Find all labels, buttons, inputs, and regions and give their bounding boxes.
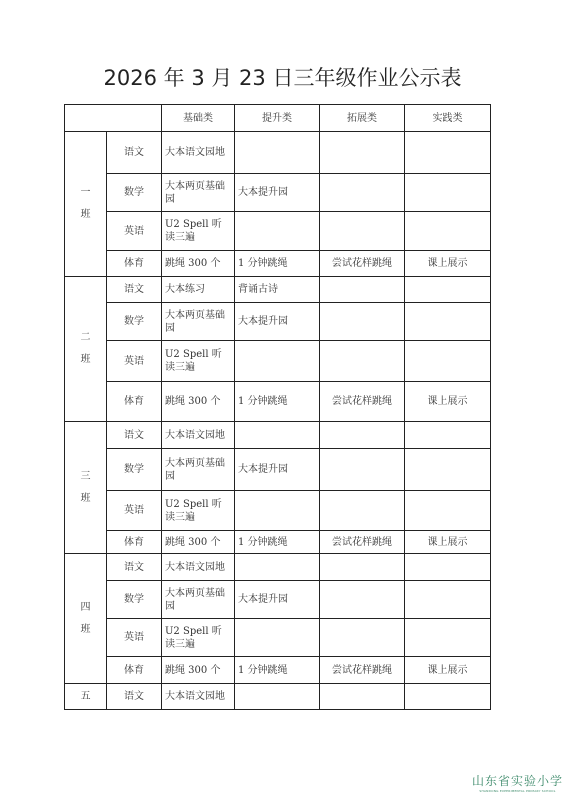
basic-cell: U2 Spell 听读三遍: [162, 212, 235, 251]
page-title: 2026 年 3 月 23 日三年级作业公示表: [0, 62, 565, 92]
table-row: 英语U2 Spell 听读三遍: [65, 341, 491, 382]
table-row: 数学大本两页基础园大本提升园: [65, 174, 491, 212]
advanced-cell: [235, 491, 320, 531]
table-row: 数学大本两页基础园大本提升园: [65, 449, 491, 491]
subject-cell: 数学: [107, 174, 162, 212]
advanced-cell: [235, 554, 320, 581]
basic-cell: U2 Spell 听读三遍: [162, 491, 235, 531]
basic-cell: 跳绳 300 个: [162, 531, 235, 554]
logo-english-name: SHANDONG EXPERIMENTAL PRIMARY SCHOOL: [470, 789, 565, 793]
basic-cell: 大本语文园地: [162, 132, 235, 174]
advanced-cell: [235, 212, 320, 251]
advanced-cell: 背诵古诗: [235, 277, 320, 303]
table-row: 四 班语文大本语文园地: [65, 554, 491, 581]
basic-cell: 跳绳 300 个: [162, 382, 235, 422]
table-row: 二 班语文大本练习背诵古诗: [65, 277, 491, 303]
subject-cell: 数学: [107, 581, 162, 619]
table-row: 数学大本两页基础园大本提升园: [65, 303, 491, 341]
subject-cell: 体育: [107, 531, 162, 554]
homework-table: 基础类 提升类 拓展类 实践类 一 班语文大本语文园地数学大本两页基础园大本提升…: [64, 104, 491, 710]
header-blank: [65, 105, 162, 132]
advanced-cell: 大本提升园: [235, 303, 320, 341]
practice-cell: [405, 303, 491, 341]
header-extended: 拓展类: [320, 105, 405, 132]
extended-cell: [320, 491, 405, 531]
subject-cell: 语文: [107, 684, 162, 710]
practice-cell: [405, 619, 491, 657]
advanced-cell: 大本提升园: [235, 581, 320, 619]
subject-cell: 体育: [107, 657, 162, 684]
extended-cell: [320, 132, 405, 174]
school-logo: 山东省实验小学 SHANDONG EXPERIMENTAL PRIMARY SC…: [470, 772, 565, 793]
subject-cell: 英语: [107, 212, 162, 251]
header-practice: 实践类: [405, 105, 491, 132]
practice-cell: [405, 684, 491, 710]
advanced-cell: [235, 341, 320, 382]
advanced-cell: [235, 422, 320, 449]
advanced-cell: [235, 684, 320, 710]
practice-cell: [405, 449, 491, 491]
basic-cell: 大本语文园地: [162, 554, 235, 581]
advanced-cell: 1 分钟跳绳: [235, 251, 320, 277]
subject-cell: 数学: [107, 449, 162, 491]
table-row: 五语文大本语文园地: [65, 684, 491, 710]
advanced-cell: 大本提升园: [235, 449, 320, 491]
extended-cell: [320, 684, 405, 710]
logo-chinese-name: 山东省实验小学: [470, 772, 565, 789]
advanced-cell: [235, 132, 320, 174]
subject-cell: 语文: [107, 422, 162, 449]
practice-cell: [405, 554, 491, 581]
subject-cell: 英语: [107, 491, 162, 531]
table-row: 数学大本两页基础园大本提升园: [65, 581, 491, 619]
extended-cell: [320, 341, 405, 382]
extended-cell: [320, 554, 405, 581]
subject-cell: 语文: [107, 554, 162, 581]
basic-cell: 跳绳 300 个: [162, 251, 235, 277]
extended-cell: [320, 422, 405, 449]
basic-cell: 大本语文园地: [162, 684, 235, 710]
practice-cell: [405, 341, 491, 382]
basic-cell: 大本两页基础园: [162, 449, 235, 491]
extended-cell: [320, 303, 405, 341]
extended-cell: 尝试花样跳绳: [320, 531, 405, 554]
subject-cell: 英语: [107, 619, 162, 657]
table-row: 英语U2 Spell 听读三遍: [65, 212, 491, 251]
extended-cell: [320, 581, 405, 619]
table-row: 体育跳绳 300 个1 分钟跳绳尝试花样跳绳课上展示: [65, 531, 491, 554]
practice-cell: [405, 581, 491, 619]
basic-cell: U2 Spell 听读三遍: [162, 619, 235, 657]
practice-cell: [405, 277, 491, 303]
extended-cell: 尝试花样跳绳: [320, 382, 405, 422]
practice-cell: [405, 212, 491, 251]
table-row: 英语U2 Spell 听读三遍: [65, 491, 491, 531]
practice-cell: [405, 422, 491, 449]
subject-cell: 数学: [107, 303, 162, 341]
extended-cell: 尝试花样跳绳: [320, 657, 405, 684]
practice-cell: [405, 491, 491, 531]
practice-cell: 课上展示: [405, 531, 491, 554]
header-row: 基础类 提升类 拓展类 实践类: [65, 105, 491, 132]
advanced-cell: [235, 619, 320, 657]
extended-cell: 尝试花样跳绳: [320, 251, 405, 277]
class-label: 二 班: [65, 277, 107, 422]
subject-cell: 英语: [107, 341, 162, 382]
extended-cell: [320, 619, 405, 657]
practice-cell: 课上展示: [405, 657, 491, 684]
basic-cell: U2 Spell 听读三遍: [162, 341, 235, 382]
table-row: 体育跳绳 300 个1 分钟跳绳尝试花样跳绳课上展示: [65, 657, 491, 684]
class-label: 四 班: [65, 554, 107, 684]
subject-cell: 语文: [107, 132, 162, 174]
basic-cell: 大本两页基础园: [162, 303, 235, 341]
subject-cell: 体育: [107, 382, 162, 422]
extended-cell: [320, 449, 405, 491]
advanced-cell: 1 分钟跳绳: [235, 382, 320, 422]
subject-cell: 语文: [107, 277, 162, 303]
basic-cell: 大本练习: [162, 277, 235, 303]
extended-cell: [320, 174, 405, 212]
header-basic: 基础类: [162, 105, 235, 132]
basic-cell: 大本语文园地: [162, 422, 235, 449]
practice-cell: [405, 174, 491, 212]
class-label: 一 班: [65, 132, 107, 277]
class-label: 三 班: [65, 422, 107, 554]
advanced-cell: 大本提升园: [235, 174, 320, 212]
table-row: 一 班语文大本语文园地: [65, 132, 491, 174]
table-row: 英语U2 Spell 听读三遍: [65, 619, 491, 657]
advanced-cell: 1 分钟跳绳: [235, 531, 320, 554]
table-row: 体育跳绳 300 个1 分钟跳绳尝试花样跳绳课上展示: [65, 251, 491, 277]
table-row: 体育跳绳 300 个1 分钟跳绳尝试花样跳绳课上展示: [65, 382, 491, 422]
practice-cell: 课上展示: [405, 382, 491, 422]
basic-cell: 大本两页基础园: [162, 581, 235, 619]
class-label: 五: [65, 684, 107, 710]
extended-cell: [320, 212, 405, 251]
table-row: 三 班语文大本语文园地: [65, 422, 491, 449]
extended-cell: [320, 277, 405, 303]
practice-cell: 课上展示: [405, 251, 491, 277]
advanced-cell: 1 分钟跳绳: [235, 657, 320, 684]
basic-cell: 大本两页基础园: [162, 174, 235, 212]
practice-cell: [405, 132, 491, 174]
subject-cell: 体育: [107, 251, 162, 277]
header-advanced: 提升类: [235, 105, 320, 132]
basic-cell: 跳绳 300 个: [162, 657, 235, 684]
